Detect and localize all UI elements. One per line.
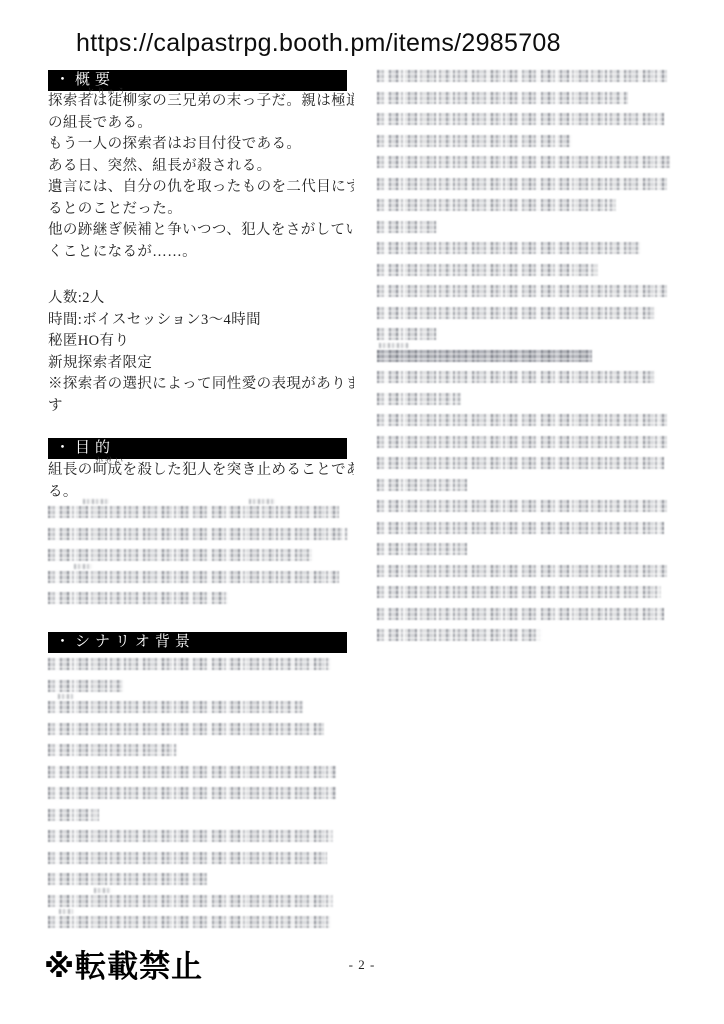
redacted-line — [377, 92, 628, 104]
redacted-line — [377, 113, 664, 125]
redacted-line — [377, 285, 667, 297]
redacted-line — [48, 744, 177, 756]
redacted-line — [377, 307, 655, 319]
redacted-line — [377, 178, 667, 190]
redacted-line — [48, 873, 207, 885]
redacted-line — [377, 221, 437, 233]
redacted-line — [48, 787, 336, 799]
text-line: くことになるが……。 — [48, 242, 354, 264]
redacted-line — [48, 571, 339, 583]
left-column: ・概要 とりゅう 探索者は徒柳家の三兄弟の末っ子だ。親は極道の組長である。もう一… — [46, 0, 352, 1024]
redacted-line — [48, 680, 123, 692]
redacted-line — [48, 852, 327, 864]
text-line: るとのことだった。 — [48, 199, 354, 221]
redacted-line — [377, 629, 541, 641]
text-line: 秘匿HO有り — [48, 331, 354, 353]
purpose-paragraph: 組長の呵成を殺した犯人を突き止めることである。 — [48, 460, 354, 503]
redacted-line — [377, 135, 571, 147]
redacted-line — [377, 479, 467, 491]
overview-meta: 人数:2人時間:ボイスセッション3〜4時間秘匿HO有り新規探索者限定※探索者の選… — [48, 288, 354, 417]
text-line: 遺言には、自分の仇を取ったものを二代目にす — [48, 177, 354, 199]
redacted-line — [377, 500, 667, 512]
text-line: 新規探索者限定 — [48, 353, 354, 375]
redacted-line — [377, 414, 667, 426]
redacted-line — [377, 522, 664, 534]
redacted-furigana — [59, 909, 73, 914]
section-title-purpose: ・目的 — [55, 440, 115, 456]
redacted-furigana — [74, 564, 91, 569]
redacted-line — [377, 264, 598, 276]
redacted-line — [48, 895, 333, 907]
redacted-line — [377, 199, 616, 211]
overview-paragraph: 探索者は徒柳家の三兄弟の末っ子だ。親は極道の組長である。もう一人の探索者はお目付… — [48, 91, 354, 263]
redacted-line — [48, 592, 228, 604]
document-page: https://calpastrpg.booth.pm/items/298570… — [0, 0, 724, 1024]
redacted-line — [48, 766, 336, 778]
redacted-furigana — [249, 499, 275, 504]
redacted-furigana — [83, 499, 109, 504]
redacted-line — [377, 350, 592, 362]
text-line: ある日、突然、組長が殺される。 — [48, 156, 354, 178]
text-line: ※探索者の選択によって同性愛の表現がありま — [48, 374, 354, 396]
text-line: もう一人の探索者はお目付役である。 — [48, 134, 354, 156]
section-title-overview: ・概要 — [55, 72, 115, 88]
redacted-line — [377, 328, 437, 340]
redacted-furigana — [379, 343, 409, 348]
redacted-furigana — [58, 694, 73, 699]
redacted-furigana — [94, 888, 111, 893]
text-line: す — [48, 396, 354, 418]
right-column-redacted — [377, 70, 676, 651]
redacted-line — [48, 549, 312, 561]
redacted-line — [48, 528, 348, 540]
section-header-purpose: ・目的 — [48, 438, 347, 459]
redacted-line — [377, 586, 661, 598]
text-line: 他の跡継ぎ候補と争いつつ、犯人をさがしてい — [48, 220, 354, 242]
text-line: 組長の呵成を殺した犯人を突き止めることであ — [48, 460, 354, 482]
redacted-line — [377, 565, 667, 577]
redacted-line — [377, 543, 467, 555]
section-title-background: ・シナリオ背景 — [55, 634, 195, 650]
redacted-line — [48, 723, 324, 735]
redacted-line — [48, 506, 339, 518]
redacted-line — [377, 393, 461, 405]
redacted-line — [377, 457, 664, 469]
background-redacted-paragraph — [48, 658, 348, 938]
redacted-line — [377, 371, 655, 383]
text-line: 人数:2人 — [48, 288, 354, 310]
redacted-line — [377, 608, 664, 620]
text-line: 探索者は徒柳家の三兄弟の末っ子だ。親は極道 — [48, 91, 354, 113]
redacted-line — [377, 156, 670, 168]
page-number: - 2 - — [0, 957, 724, 973]
redacted-line — [48, 658, 330, 670]
redacted-line — [377, 242, 640, 254]
redacted-line — [48, 916, 330, 928]
redacted-line — [377, 70, 667, 82]
redacted-line — [48, 830, 333, 842]
text-line: 時間:ボイスセッション3〜4時間 — [48, 310, 354, 332]
redacted-line — [377, 436, 667, 448]
purpose-redacted-paragraph — [48, 506, 348, 614]
redacted-line — [48, 809, 99, 821]
text-line: の組長である。 — [48, 113, 354, 135]
redacted-line — [48, 701, 303, 713]
section-header-background: ・シナリオ背景 — [48, 632, 347, 653]
